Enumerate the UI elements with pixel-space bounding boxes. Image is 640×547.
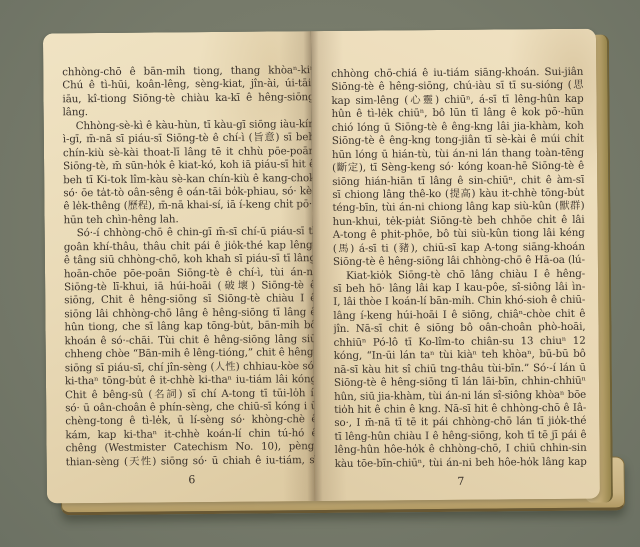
paragraph: chhòng chō-chiá ê iu-tiám siāng-khoán. S…: [331, 66, 585, 270]
text-line: ê le̍k-thêng (歷程), m̄-nā khai-sí, iā í-k…: [63, 198, 315, 214]
paragraph: Chhòng-sè-kì ê kàu-hùn, tī kàu-gī siōng …: [63, 118, 316, 228]
page-spread: chhòng-chō ê bān-mi̍h tiong, thang khòaⁿ…: [43, 29, 600, 504]
text-line: thian-sèng (天性) siōng só· ū chiah ê iu-t…: [66, 454, 318, 470]
open-book: chhòng-chō ê bān-mi̍h tiong, thang khòaⁿ…: [43, 29, 608, 513]
paragraph: Kiat-kio̍k Siōng-tè chō lâng chiàu I ê h…: [333, 267, 587, 471]
left-page: chhòng-chō ê bān-mi̍h tiong, thang khòaⁿ…: [43, 31, 315, 503]
text-line: kàu tōe-bīn-chiūⁿ, tùi án-ni beh hôe-ho̍…: [335, 455, 587, 471]
right-page: chhòng chō-chiá ê iu-tiám siāng-khoán. S…: [311, 29, 600, 501]
paragraph: chhòng-chō ê bān-mi̍h tiong, thang khòaⁿ…: [62, 64, 314, 120]
photo-background: chhòng-chō ê bān-mi̍h tiong, thang khòaⁿ…: [0, 0, 640, 547]
left-page-text: chhòng-chō ê bān-mi̍h tiong, thang khòaⁿ…: [62, 64, 318, 469]
right-page-number: 7: [335, 474, 587, 489]
text-line: iāu, kî-tiong Siōng-tè chiàu ka-kī ê hên…: [62, 91, 314, 107]
paragraph: Só·-í chhòng-chō ê chin-gī m̄-sī chí-ū p…: [64, 225, 318, 469]
left-page-number: 6: [66, 472, 318, 487]
right-page-text: chhòng chō-chiá ê iu-tiám siāng-khoán. S…: [331, 66, 587, 471]
